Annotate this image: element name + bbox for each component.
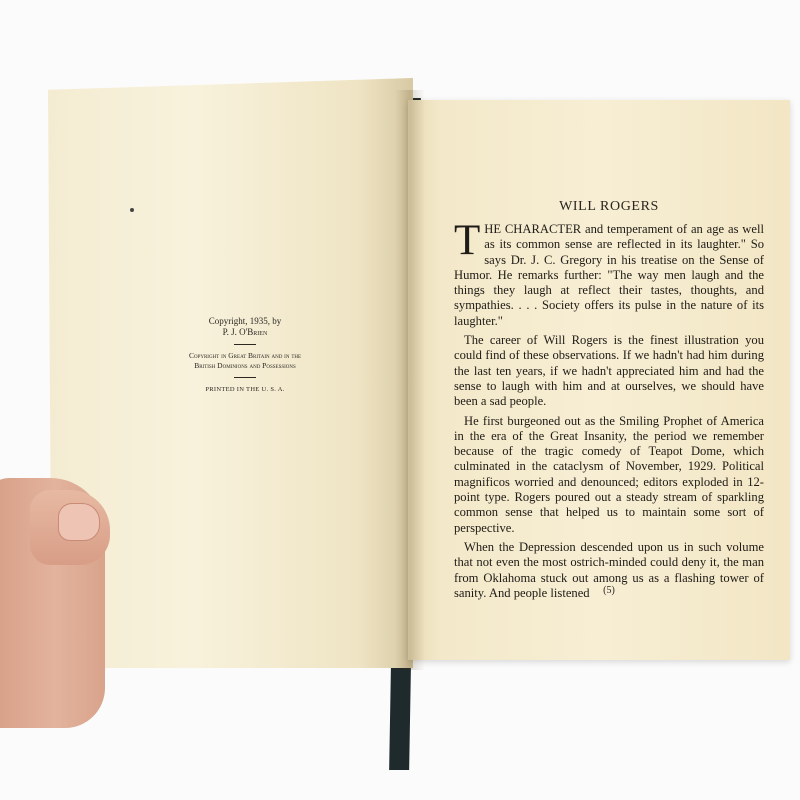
paragraph: T HE CHARACTER and temperament of an age…: [454, 222, 764, 329]
printed-in-usa: PRINTED IN THE U. S. A.: [165, 384, 325, 395]
body-text: T HE CHARACTER and temperament of an age…: [454, 222, 764, 605]
divider: [234, 344, 256, 345]
chapter-title: WILL ROGERS: [454, 199, 764, 215]
photo-scene: Copyright, 1935, by P. J. O'Brien Copyri…: [0, 0, 800, 800]
paragraph-text: HE CHARACTER and temperament of an age a…: [454, 222, 764, 328]
copyright-block: Copyright, 1935, by P. J. O'Brien Copyri…: [165, 316, 325, 395]
rights-line-2: British Dominions and Possessions: [165, 361, 325, 371]
book-gutter: [395, 90, 425, 670]
copyright-line: Copyright, 1935, by: [165, 316, 325, 327]
rights-line-1: Copyright in Great Britain and in the: [165, 351, 325, 361]
paragraph: The career of Will Rogers is the finest …: [454, 333, 764, 409]
thumbnail: [58, 503, 100, 541]
divider: [234, 377, 256, 378]
paragraph: He first burgeoned out as the Smiling Pr…: [454, 414, 764, 536]
author-name: P. J. O'Brien: [165, 327, 325, 338]
paper-speck: [130, 208, 134, 212]
drop-cap: T: [454, 224, 480, 258]
page-number: (5): [454, 585, 764, 596]
